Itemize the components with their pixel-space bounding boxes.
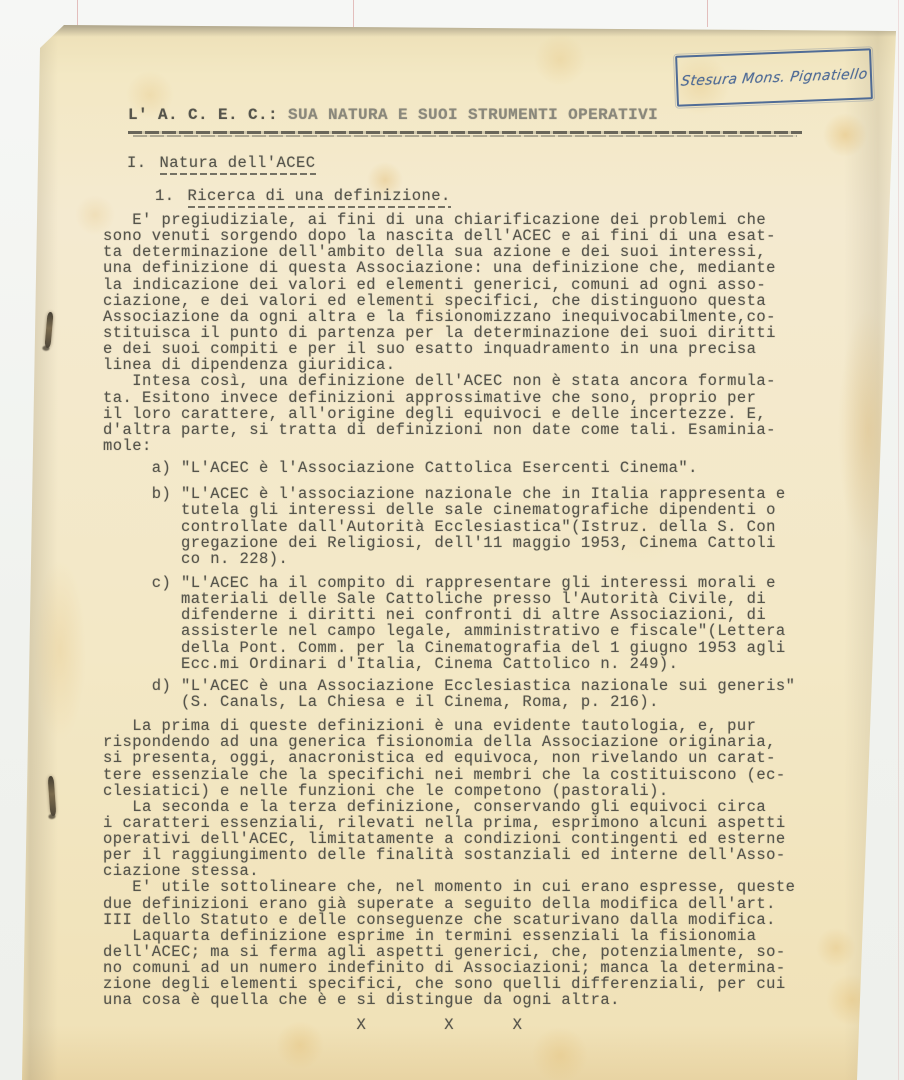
- text-line: difenderne i diritti nei confronti di al…: [103, 607, 795, 623]
- text-line: mole:: [103, 438, 795, 454]
- text-line: zione degli elementi specifici, che sono…: [103, 976, 795, 992]
- subsection-label: Ricerca di una definizione.: [188, 187, 451, 208]
- text-line: una cosa è quella che è e si distingue d…: [103, 992, 795, 1008]
- text-line: d'altra parte, si tratta di definizioni …: [103, 422, 795, 438]
- subsection-heading: 1.Ricerca di una definizione.: [155, 187, 451, 205]
- paragraph-3: La prima di queste definizioni è una evi…: [103, 718, 795, 799]
- definition-item-b: b) "L'ACEC è l'associazione nazionale ch…: [103, 486, 795, 567]
- text-line: ta determinazione dell'ambito della sua …: [103, 244, 795, 260]
- text-line: ciazione, e dei valori ed elementi speci…: [103, 293, 795, 309]
- text-line: materiali delle Sale Cattoliche presso l…: [103, 591, 795, 607]
- text-line: tere essenziale che la specifichi nei me…: [103, 767, 795, 783]
- title-acronym: L' A. C. E. C.:: [128, 106, 278, 124]
- subsection-number: 1.: [155, 187, 175, 205]
- text-line: e dei suoi compiti e per il suo esatto i…: [103, 341, 795, 357]
- approval-stamp: Stesura Mons. Pignatiello: [675, 48, 873, 106]
- document-title: L' A. C. E. C.: SUA NATURA E SUOI STRUME…: [128, 106, 658, 124]
- text-line: III dello Statuto e delle conseguenze ch…: [103, 912, 795, 928]
- text-line: assisterle nel campo legale, amministrat…: [103, 623, 795, 639]
- text-line: Ecc.mi Ordinari d'Italia, Cinema Cattoli…: [103, 656, 795, 672]
- text-line: ciazione stessa.: [103, 863, 795, 879]
- definition-item-a: a) "L'ACEC è l'Associazione Cattolica Es…: [103, 460, 795, 476]
- definition-item-d: d) "L'ACEC è una Associazione Ecclesiast…: [103, 678, 795, 710]
- text-line: stituisca il punto di partenza per la de…: [103, 325, 795, 341]
- text-line: d) "L'ACEC è una Associazione Ecclesiast…: [103, 678, 795, 694]
- text-line: linea di dipendenza giuridica.: [103, 357, 795, 373]
- text-line: tutela gli interessi delle sale cinemato…: [103, 502, 795, 518]
- text-line: co n. 228).: [103, 551, 795, 567]
- text-line: E' utile sottolineare che, nel momento i…: [103, 879, 795, 895]
- definition-item-c: c) "L'ACEC ha il compito di rappresentar…: [103, 575, 795, 672]
- text-line: per il raggiungimento delle finalità sos…: [103, 847, 795, 863]
- text-line: no comuni ad un numero indefinito di Ass…: [103, 960, 795, 976]
- text-line: clesiatici) e nelle funzioni che le comp…: [103, 783, 795, 799]
- text-line: X X X: [103, 1017, 795, 1033]
- text-line: due definizioni erano già superate a seg…: [103, 896, 795, 912]
- section-heading: I.Natura dell'ACEC: [127, 154, 316, 172]
- text-line: La seconda e la terza definizione, conse…: [103, 799, 795, 815]
- text-line: c) "L'ACEC ha il compito di rappresentar…: [103, 575, 795, 591]
- text-line: la indicazione dei valori ed elementi ge…: [103, 277, 795, 293]
- text-line: si presenta, oggi, anacronistica ed equi…: [103, 750, 795, 766]
- document-body: E' pregiudiziale, ai fini di una chiarif…: [103, 212, 795, 1033]
- text-line: La prima di queste definizioni è una evi…: [103, 718, 795, 734]
- text-line: una definizione di questa Associazione: …: [103, 260, 795, 276]
- paragraph-4: La seconda e la terza definizione, conse…: [103, 799, 795, 880]
- text-line: ta. Esitono invece definizioni approssim…: [103, 390, 795, 406]
- paragraph-1: E' pregiudiziale, ai fini di una chiarif…: [103, 212, 795, 373]
- stamp-text: Stesura Mons. Pignatiello: [680, 66, 869, 89]
- text-line: a) "L'ACEC è l'Associazione Cattolica Es…: [103, 460, 795, 476]
- section-label: Natura dell'ACEC: [160, 154, 316, 175]
- section-numeral: I.: [127, 154, 147, 172]
- text-line: controllate dall'Autorità Ecclesiastica"…: [103, 519, 795, 535]
- text-line: E' pregiudiziale, ai fini di una chiarif…: [103, 212, 795, 228]
- closing-marks: X X X: [103, 1017, 795, 1033]
- text-line: sono venuti sorgendo dopo la nascita del…: [103, 228, 795, 244]
- paragraph-6: Laquarta definizione esprime in termini …: [103, 928, 795, 1009]
- text-line: Laquarta definizione esprime in termini …: [103, 928, 795, 944]
- paragraph-2: Intesa così, una definizione dell'ACEC n…: [103, 373, 795, 454]
- page-content: Stesura Mons. Pignatiello L' A. C. E. C.…: [0, 0, 904, 1080]
- text-line: dell'ACEC; ma si ferma agli aspetti gene…: [103, 944, 795, 960]
- paragraph-5: E' utile sottolineare che, nel momento i…: [103, 879, 795, 927]
- title-underline-second: [133, 135, 797, 137]
- text-line: Associazione da ogni altra e la fisionom…: [103, 309, 795, 325]
- text-line: operativi dell'ACEC, limitatamente a con…: [103, 831, 795, 847]
- text-line: b) "L'ACEC è l'associazione nazionale ch…: [103, 486, 795, 502]
- text-line: il loro carattere, all'origine degli equ…: [103, 406, 795, 422]
- title-subject: SUA NATURA E SUOI STRUMENTI OPERATIVI: [278, 106, 658, 124]
- text-line: gregazione dei Religiosi, dell'11 maggio…: [103, 535, 795, 551]
- title-underline: [128, 131, 802, 134]
- text-line: i caratteri essenziali, rilevati nella p…: [103, 815, 795, 831]
- scanned-document: Stesura Mons. Pignatiello L' A. C. E. C.…: [0, 0, 904, 1080]
- text-line: Intesa così, una definizione dell'ACEC n…: [103, 373, 795, 389]
- text-line: rispondendo ad una generica fisionomia d…: [103, 734, 795, 750]
- text-line: (S. Canals, La Chiesa e il Cinema, Roma,…: [103, 694, 795, 710]
- text-line: della Pont. Comm. per la Cinematografia …: [103, 640, 795, 656]
